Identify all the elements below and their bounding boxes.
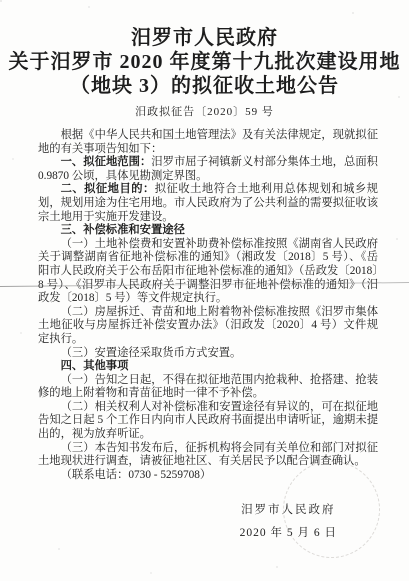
document-body: 根据《中华人民共和国土地管理法》及有关法律规定，现就拟征地的有关事项告知如下： … (38, 129, 378, 482)
document-header: 汨罗市人民政府 关于汨罗市 2020 年度第十九批次建设用地 （地块 3）的拟征… (0, 0, 409, 119)
document-page: 汨罗市人民政府 关于汨罗市 2020 年度第十九批次建设用地 （地块 3）的拟征… (0, 0, 409, 581)
section-1-paragraph: 一、拟征地范围：汨罗市屈子祠镇新义村部分集体土地，总面积 0.9870 公顷，具… (38, 156, 378, 183)
signature-block: 汨罗市人民政府 2020 年 5 月 6 日 (240, 501, 337, 540)
doc-title-line-2: 关于汨罗市 2020 年度第十九批次建设用地 (0, 50, 409, 74)
section-3-item-2: （二）房屋拆迁、青苗和地上附着物补偿标准按照《汨罗市集体土地征收与房屋拆迁补偿安… (38, 306, 378, 347)
section-2-label: 二、拟征地目的： (61, 183, 155, 195)
section-4-item-1: （一）告知之日起，不得在拟征地范围内抢栽种、抢搭建、抢装修的地上附着物和青苗征地… (38, 374, 378, 401)
section-3-item-1: （一）土地补偿费和安置补助费补偿标准按照《湖南省人民政府关于调整湖南省征地补偿标… (38, 238, 378, 306)
section-2-paragraph: 二、拟征地目的：拟征收土地符合土地利用总体规划和城乡规划，规划用途为住宅用地。市… (38, 183, 378, 224)
section-4-item-3: （三）本告知书发布后，征拆机构将会同有关单位和部门对拟征土地现状进行调查，请被征… (38, 442, 378, 469)
doc-number: 汨政拟征告〔2020〕59 号 (0, 103, 409, 119)
contact-phone: （联系电话：0730 - 5259708） (38, 469, 378, 483)
section-1-label: 一、拟征地范围： (61, 156, 152, 168)
section-3-item-3: （三）安置途径采取货币方式安置。 (38, 347, 378, 361)
doc-title-line-1: 汨罗市人民政府 (0, 26, 409, 50)
intro-paragraph: 根据《中华人民共和国土地管理法》及有关法律规定，现就拟征地的有关事项告知如下： (38, 129, 378, 156)
section-4-heading: 四、其他事项 (38, 360, 378, 374)
doc-title-line-3: （地块 3）的拟征收土地公告 (0, 74, 409, 98)
issue-date: 2020 年 5 月 6 日 (240, 524, 337, 540)
section-3-heading: 三、补偿标准和安置途径 (38, 224, 378, 238)
issuer-signature: 汨罗市人民政府 (240, 501, 337, 517)
section-4-item-2: （二）相关权利人对补偿标准和安置途径有异议的，可在拟征地告知之日起 5 个工作日… (38, 401, 378, 442)
